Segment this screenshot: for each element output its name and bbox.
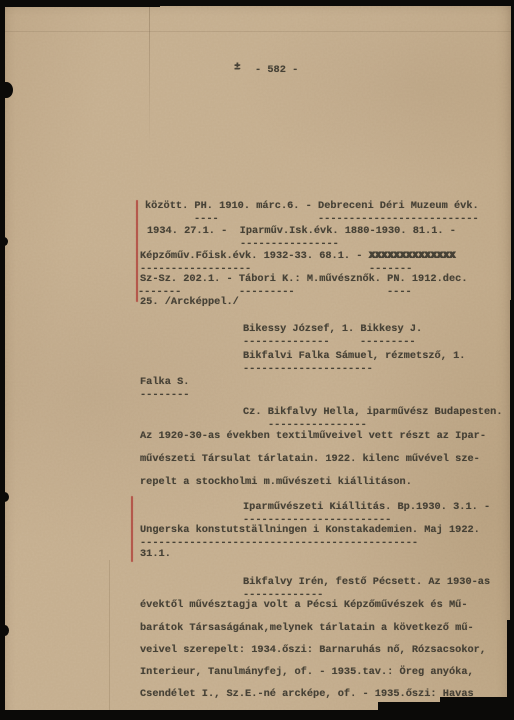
typed-underline: -------------------------- xyxy=(318,214,479,225)
typed-underline: -------- xyxy=(140,390,189,401)
paper-crease-vertical-top xyxy=(149,0,150,150)
scan-edge-blob-4 xyxy=(0,625,9,636)
text-line: Iparművészeti Kiállitás. Bp.1930. 3.1. - xyxy=(243,502,490,513)
text-line: - 582 - xyxy=(255,65,298,76)
text-line: Képzőműv.Főisk.évk. 1932-33. 68.1. - xyxy=(140,251,369,262)
struck-out-text: XXXXXXXXXXXXXX xyxy=(369,251,456,262)
scan-edge-blob-3 xyxy=(0,492,9,502)
margin-mark-red-2 xyxy=(131,496,133,562)
text-line: Bikessy József, 1. Bikkesy J. xyxy=(243,324,422,335)
text-line: Ungerska konstutställningen i Konstakade… xyxy=(140,525,480,536)
text-line: 1934. 27.1. - Iparműv.Isk.évk. 1880-1930… xyxy=(147,226,456,237)
text-line: Bikfalvy Irén, festő Pécsett. Az 1930-as xyxy=(243,577,490,588)
scanned-page: ±- 582 -között. PH. 1910. márc.6. - Debr… xyxy=(0,0,514,720)
scan-edge-blob-1 xyxy=(0,82,13,98)
text-line: Sz-Sz. 202.1. - Tábori K.: M.művésznők. … xyxy=(140,274,468,285)
text-line: Falka S. xyxy=(140,377,189,388)
paper-crease-vertical-bottom xyxy=(109,560,110,720)
scan-edge-left xyxy=(0,0,5,720)
text-line: barátok Társaságának,melynek tárlatain a… xyxy=(140,623,474,634)
typed-underline: --------------------- xyxy=(243,364,373,375)
text-line: 31.1. xyxy=(140,549,171,560)
typed-underline: -------------- xyxy=(243,337,330,348)
text-line: Az 1920-30-as években textilműveivel vet… xyxy=(140,431,486,442)
scan-edge-top-left xyxy=(0,0,160,7)
typed-underline: --------- xyxy=(360,337,416,348)
text-line: között. PH. 1910. márc.6. - Debreceni Dé… xyxy=(145,201,479,212)
scan-edge-bottom-right-2 xyxy=(440,697,514,720)
typed-underline: ---- xyxy=(194,214,219,225)
text-line: Cz. Bikfalvy Hella, iparművész Budapeste… xyxy=(243,407,503,418)
text-line: évektől művésztagja volt a Pécsi Képzőmű… xyxy=(140,600,468,611)
typed-underline: --------- xyxy=(239,287,295,298)
scan-edge-blob-2 xyxy=(0,237,8,246)
text-line: Interieur, Tanulmányfej, of. - 1935.tav.… xyxy=(140,667,474,678)
text-line: veivel szerepelt: 1934.őszi: Barnaruhás … xyxy=(140,645,486,656)
typed-underline: ---------------- xyxy=(240,239,339,250)
paper-crease-horizontal xyxy=(0,31,514,32)
typed-underline: ----------------------------------------… xyxy=(140,538,418,549)
text-line: 25. /Arcképpel./ xyxy=(140,297,239,308)
margin-mark-red-1 xyxy=(136,200,138,302)
typed-underline: ---- xyxy=(387,287,412,298)
text-line: Csendélet I., Sz.E.-né arcképe, of. - 19… xyxy=(140,689,474,700)
text-line: ± xyxy=(234,62,240,73)
text-line: repelt a stockholmi m.művészeti kiállitá… xyxy=(140,477,412,488)
text-line: Bikfalvi Falka Sámuel, rézmetsző, 1. xyxy=(243,351,465,362)
text-line: művészeti Társulat tárlatain. 1922. kile… xyxy=(140,454,480,465)
